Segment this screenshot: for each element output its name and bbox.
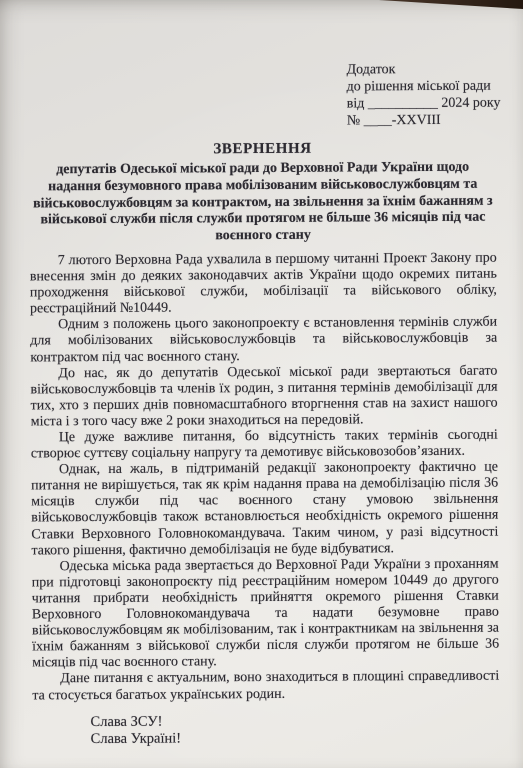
paragraph: До нас, як до депутатів Одеської міської… [30, 363, 497, 430]
paragraph: Це дуже важливе питання, бо відсутність … [31, 428, 498, 463]
paragraph: Дане питання є актуальним, воно знаходит… [32, 669, 499, 704]
document-photo: Додаток до рішення міської ради від ____… [0, 0, 523, 768]
annex-reference-block: Додаток до рішення міської ради від ____… [347, 61, 496, 130]
closing-block: Слава ЗСУ! Слава Україні! [32, 711, 499, 749]
document-subtitle: депутатів Одеської міської ради до Верхо… [31, 160, 495, 247]
document-title: ЗВЕРНЕННЯ [29, 140, 496, 160]
paragraph: 7 лютого Верховна Рада ухвалила в першом… [30, 251, 497, 318]
paragraph: Одеська міська рада звертається до Верхо… [32, 556, 500, 672]
paragraph: Однак, на жаль, в підтриманій редакції з… [31, 460, 499, 559]
document-body: 7 лютого Верховна Рада ухвалила в першом… [30, 251, 500, 704]
paragraph: Одним з положень цього законопроекту є в… [30, 315, 497, 366]
document-content: Додаток до рішення міської ради від ____… [0, 0, 523, 768]
annex-line: № ____-XXVIII [347, 112, 496, 130]
closing-line: Слава Україні! [91, 729, 500, 749]
annex-line: до рішення міської ради [347, 78, 496, 96]
annex-line: від __________ 2024 року [347, 95, 496, 113]
annex-line: Додаток [347, 61, 496, 79]
